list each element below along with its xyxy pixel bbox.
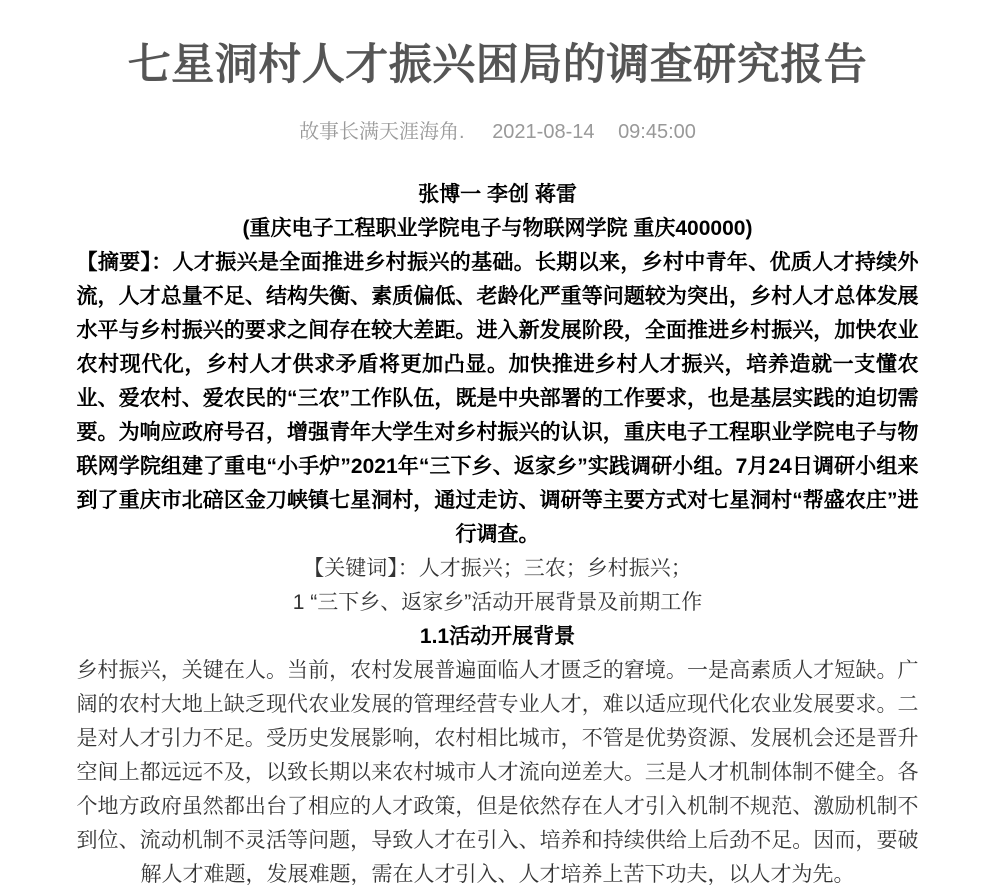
article-abstract: 【摘要】：人才振兴是全面推进乡村振兴的基础。长期以来，乡村中青年、优质人才持续外…: [77, 246, 919, 552]
byline: 故事长满天涯海角. 2021-08-14 09:45:00: [77, 120, 919, 144]
article-keywords: 【关键词】：人才振兴；三农；乡村振兴；: [77, 552, 919, 586]
byline-time: 09:45:00: [618, 121, 696, 143]
section-heading-1: 1 “三下乡、返家乡”活动开展背景及前期工作: [77, 586, 919, 620]
article-page: 七星洞村人才振兴困局的调查研究报告 故事长满天涯海角. 2021-08-14 0…: [77, 38, 919, 885]
byline-source[interactable]: 故事长满天涯海角.: [299, 121, 465, 143]
article-affiliation: (重庆电子工程职业学院电子与物联网学院 重庆400000): [77, 212, 919, 246]
byline-date: 2021-08-14: [492, 121, 594, 143]
page-title: 七星洞村人才振兴困局的调查研究报告: [77, 38, 919, 92]
article-paragraph: 乡村振兴，关键在人。当前，农村发展普遍面临人才匮乏的窘境。一是高素质人才短缺。广…: [77, 654, 919, 885]
section-heading-1-1: 1.1活动开展背景: [77, 620, 919, 654]
article-authors: 张博一 李创 蒋雷: [77, 178, 919, 212]
